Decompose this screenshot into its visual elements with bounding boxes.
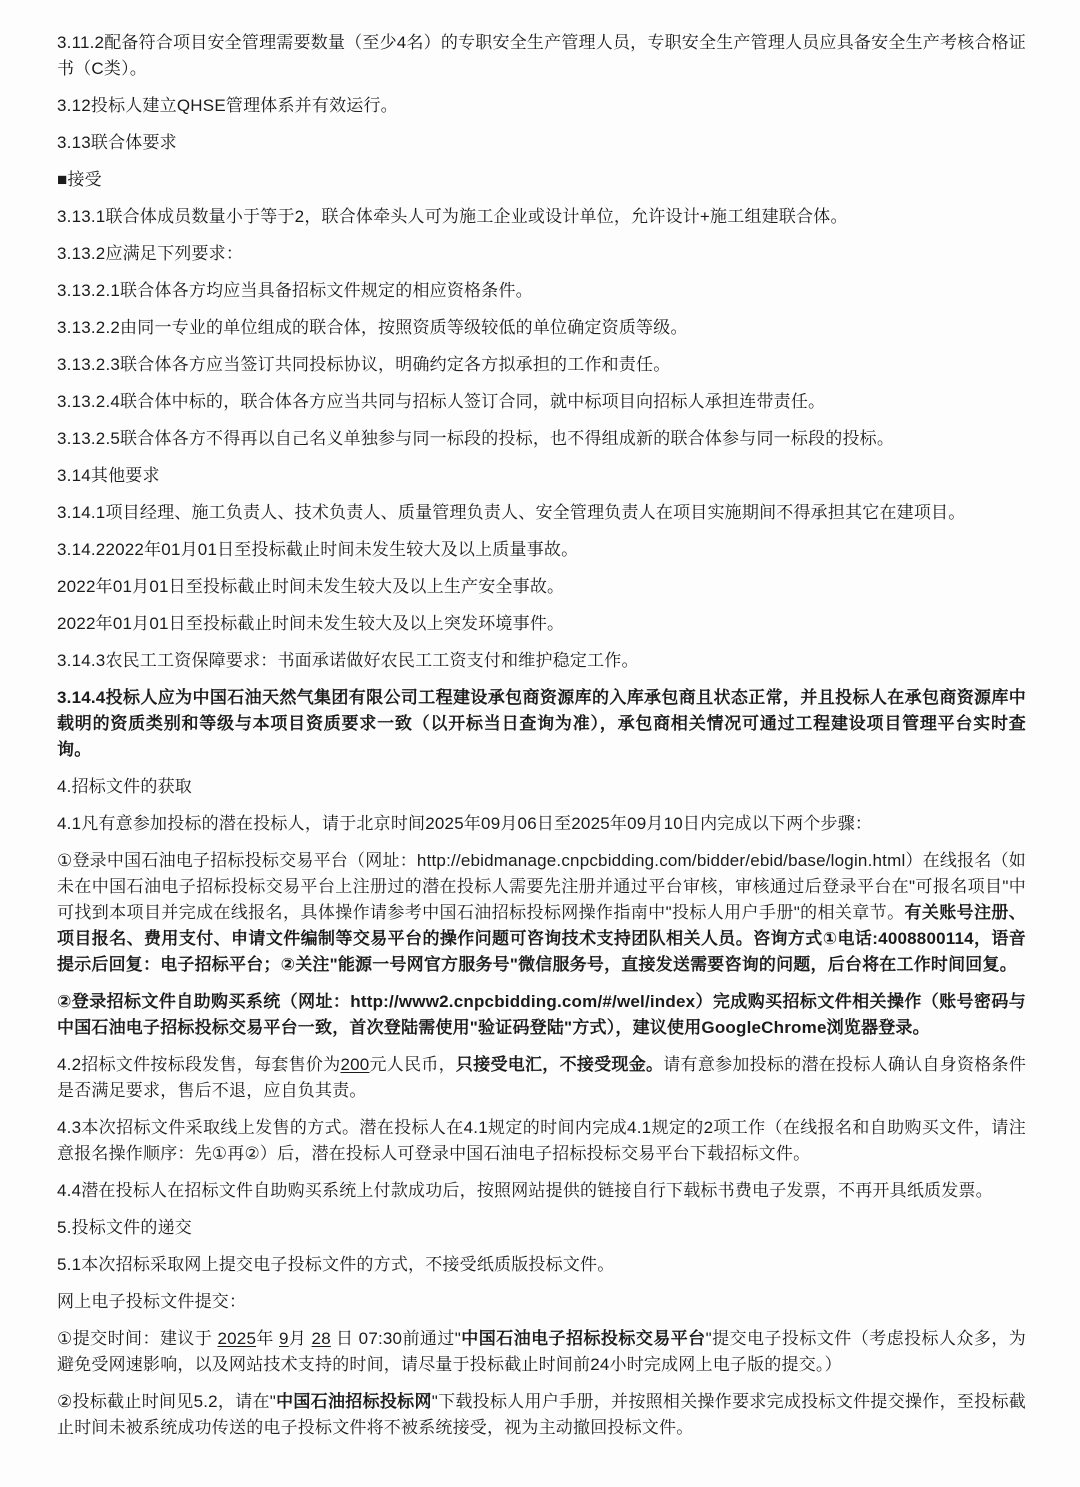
text-run: 2022年01月01日至投标截止时间未发生较大及以上生产安全事故。 <box>57 577 564 596</box>
text-run: 3.14.4投标人应为中国石油天然气集团有限公司工程建设承包商资源库的入库承包商… <box>57 688 1026 759</box>
text-run: 3.14其他要求 <box>57 466 160 485</box>
paragraph: 4.招标文件的获取 <box>57 774 1026 800</box>
paragraph: 3.13.2.1联合体各方均应当具备招标文件规定的相应资格条件。 <box>57 278 1026 304</box>
text-run: 3.13.2.1联合体各方均应当具备招标文件规定的相应资格条件。 <box>57 281 533 300</box>
paragraph: 4.3本次招标文件采取线上发售的方式。潜在投标人在4.1规定的时间内完成4.1规… <box>57 1115 1026 1167</box>
text-run: 3.14.3农民工工资保障要求：书面承诺做好农民工工资支付和维护稳定工作。 <box>57 651 639 670</box>
text-run: 3.13.2.2由同一专业的单位组成的联合体，按照资质等级较低的单位确定资质等级… <box>57 318 688 337</box>
text-run: 只接受电汇，不接受现金。 <box>456 1055 663 1074</box>
text-run: 3.13联合体要求 <box>57 133 177 152</box>
text-run: 3.13.1联合体成员数量小于等于2，联合体牵头人可为施工企业或设计单位，允许设… <box>57 207 848 226</box>
paragraph: 4.4潜在投标人在招标文件自助购买系统上付款成功后，按照网站提供的链接自行下载标… <box>57 1178 1026 1204</box>
paragraph: 5.投标文件的递交 <box>57 1215 1026 1241</box>
text-run: 3.13.2应满足下列要求： <box>57 244 243 263</box>
text-run: 中国石油电子招标投标交易平台 <box>461 1329 706 1348</box>
text-run: 3.13.2.3联合体各方应当签订共同投标协议，明确约定各方拟承担的工作和责任。 <box>57 355 670 374</box>
paragraph: 3.13.2应满足下列要求： <box>57 241 1026 267</box>
paragraph: 3.13.2.4联合体中标的，联合体各方应当共同与招标人签订合同，就中标项目向招… <box>57 389 1026 415</box>
text-run: 5.投标文件的递交 <box>57 1218 192 1237</box>
text-run: 4.2招标文件按标段发售，每套售价为 <box>57 1055 340 1074</box>
text-run: 3.13.2.4联合体中标的，联合体各方应当共同与招标人签订合同，就中标项目向招… <box>57 392 825 411</box>
text-run: 3.14.22022年01月01日至投标截止时间未发生较大及以上质量事故。 <box>57 540 578 559</box>
text-run: ②投标截止时间见5.2，请在" <box>57 1392 276 1411</box>
paragraph: 3.14.4投标人应为中国石油天然气集团有限公司工程建设承包商资源库的入库承包商… <box>57 685 1026 763</box>
text-run: ②登录招标文件自助购买系统（网址：http://www2.cnpcbidding… <box>57 992 1026 1037</box>
text-run: 年 <box>256 1329 279 1348</box>
text-run: 3.13.2.5联合体各方不得再以自己名义单独参与同一标段的投标，也不得组成新的… <box>57 429 894 448</box>
paragraph: ①提交时间：建议于 2025年 9月 28 日 07:30前通过"中国石油电子招… <box>57 1326 1026 1378</box>
text-run: 3.12投标人建立QHSE管理体系并有效运行。 <box>57 96 398 115</box>
paragraph: 3.13联合体要求 <box>57 130 1026 156</box>
text-run: 中国石油招标投标网 <box>276 1392 432 1411</box>
paragraph: 2022年01月01日至投标截止时间未发生较大及以上突发环境事件。 <box>57 611 1026 637</box>
paragraph: 5.1本次招标采取网上提交电子投标文件的方式，不接受纸质版投标文件。 <box>57 1252 1026 1278</box>
paragraph: 3.13.1联合体成员数量小于等于2，联合体牵头人可为施工企业或设计单位，允许设… <box>57 204 1026 230</box>
text-run: 网上电子投标文件提交： <box>57 1292 246 1311</box>
text-run: 4.1凡有意参加投标的潜在投标人，请于北京时间2025年09月06日至2025年… <box>57 814 872 833</box>
paragraph: 3.13.2.5联合体各方不得再以自己名义单独参与同一标段的投标，也不得组成新的… <box>57 426 1026 452</box>
document-page: 3.11.2配备符合项目安全管理需要数量（至少4名）的专职安全生产管理人员，专职… <box>0 0 1080 1487</box>
document-body: 3.11.2配备符合项目安全管理需要数量（至少4名）的专职安全生产管理人员，专职… <box>0 0 1080 1472</box>
text-run: 5.1本次招标采取网上提交电子投标文件的方式，不接受纸质版投标文件。 <box>57 1255 614 1274</box>
paragraph: 网上电子投标文件提交： <box>57 1289 1026 1315</box>
text-run: ■接受 <box>57 170 102 189</box>
paragraph: ②登录招标文件自助购买系统（网址：http://www2.cnpcbidding… <box>57 989 1026 1041</box>
paragraph: 3.14.3农民工工资保障要求：书面承诺做好农民工工资支付和维护稳定工作。 <box>57 648 1026 674</box>
paragraph: 3.14其他要求 <box>57 463 1026 489</box>
text-run: 3.11.2配备符合项目安全管理需要数量（至少4名）的专职安全生产管理人员，专职… <box>57 33 1026 78</box>
text-run: 9 <box>279 1329 289 1348</box>
paragraph: 3.13.2.2由同一专业的单位组成的联合体，按照资质等级较低的单位确定资质等级… <box>57 315 1026 341</box>
paragraph: ②投标截止时间见5.2，请在"中国石油招标投标网"下载投标人用户手册，并按照相关… <box>57 1389 1026 1441</box>
text-run: 4.招标文件的获取 <box>57 777 192 796</box>
text-run: 28 <box>312 1329 331 1348</box>
paragraph: ■接受 <box>57 167 1026 193</box>
paragraph: 3.12投标人建立QHSE管理体系并有效运行。 <box>57 93 1026 119</box>
text-run: 2022年01月01日至投标截止时间未发生较大及以上突发环境事件。 <box>57 614 564 633</box>
paragraph: 2022年01月01日至投标截止时间未发生较大及以上生产安全事故。 <box>57 574 1026 600</box>
text-run: 3.14.1项目经理、施工负责人、技术负责人、质量管理负责人、安全管理负责人在项… <box>57 503 965 522</box>
paragraph: 3.14.1项目经理、施工负责人、技术负责人、质量管理负责人、安全管理负责人在项… <box>57 500 1026 526</box>
text-run: 4.3本次招标文件采取线上发售的方式。潜在投标人在4.1规定的时间内完成4.1规… <box>57 1118 1026 1163</box>
text-run: 元人民币， <box>369 1055 455 1074</box>
text-run: 4.4潜在投标人在招标文件自助购买系统上付款成功后，按照网站提供的链接自行下载标… <box>57 1181 993 1200</box>
text-run: 200 <box>340 1055 369 1074</box>
paragraph: ①登录中国石油电子招标投标交易平台（网址：http://ebidmanage.c… <box>57 848 1026 978</box>
text-run: 日 07:30前通过" <box>331 1329 461 1348</box>
paragraph: 3.11.2配备符合项目安全管理需要数量（至少4名）的专职安全生产管理人员，专职… <box>57 30 1026 82</box>
paragraph: 4.2招标文件按标段发售，每套售价为200元人民币，只接受电汇，不接受现金。请有… <box>57 1052 1026 1104</box>
paragraph: 4.1凡有意参加投标的潜在投标人，请于北京时间2025年09月06日至2025年… <box>57 811 1026 837</box>
text-run: ①登录中国石油电子招标投标交易平台（网址：http://ebidmanage.c… <box>57 851 1026 922</box>
text-run: 2025 <box>217 1329 256 1348</box>
text-run: ①提交时间：建议于 <box>57 1329 217 1348</box>
paragraph: 3.13.2.3联合体各方应当签订共同投标协议，明确约定各方拟承担的工作和责任。 <box>57 352 1026 378</box>
paragraph: 3.14.22022年01月01日至投标截止时间未发生较大及以上质量事故。 <box>57 537 1026 563</box>
text-run: 月 <box>289 1329 312 1348</box>
